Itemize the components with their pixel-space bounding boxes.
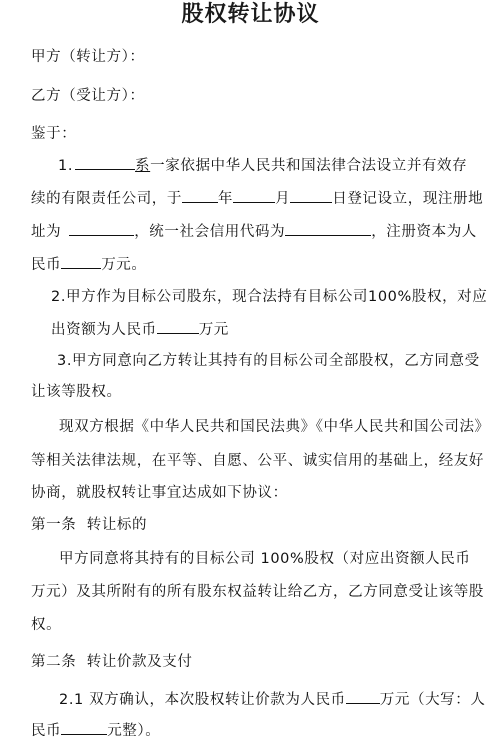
recital-1-line-1: 1.系一家依据中华人民共和国法律合法设立并有效存 <box>58 153 467 176</box>
recital-3-line-2: 让该等股权。 <box>31 382 122 402</box>
price-in-words-blank[interactable] <box>61 718 107 735</box>
agreement-document: 股权转让协议 甲方（转让方）： 乙方（受让方）： 鉴于： 1.系一家依据中华人民… <box>0 0 501 740</box>
whereas-label: 鉴于： <box>31 124 76 144</box>
day-blank[interactable] <box>290 186 332 203</box>
article-2-line-2: 民币元整）。 <box>31 718 160 740</box>
article-2-line-1: 2.1 双方确认，本次股权转让价款为人民币万元（大写：人 <box>59 687 485 710</box>
article-2-heading: 第二条 转让价款及支付 <box>31 652 192 672</box>
article-1-line-2: 万元）及其所附有的所有股东权益转让给乙方，乙方同意受让该等股 <box>31 582 484 602</box>
preamble-line-2: 等相关法律法规，在平等、自愿、公平、诚实信用的基础上，经友好 <box>31 451 484 471</box>
recital-1-line-3: 址为，统一社会信用代码为，注册资本为人 <box>31 219 477 242</box>
recital-number: 1. <box>58 158 73 174</box>
party-a-label: 甲方（转让方）： <box>31 47 145 67</box>
party-b-label: 乙方（受让方）： <box>31 86 145 106</box>
article-1-line-1: 甲方同意将其持有的目标公司 100%股权（对应出资额人民币 <box>59 549 470 569</box>
preamble-line-1: 现双方根据《中华人民共和国民法典》《中华人民共和国公司法》 <box>59 417 490 437</box>
address-blank[interactable] <box>69 219 134 236</box>
month-blank[interactable] <box>233 186 275 203</box>
company-name-blank[interactable] <box>75 153 135 170</box>
article-1-line-3: 权。 <box>31 615 61 635</box>
recital-1-line-2: 续的有限责任公司，于年月日登记设立，现注册地 <box>31 186 483 209</box>
preamble-line-3: 协商，就股权转让事宜达成如下协议： <box>31 483 288 503</box>
recital-2-line-2: 出资额为人民币万元 <box>51 317 229 340</box>
year-blank[interactable] <box>182 186 218 203</box>
credit-code-blank[interactable] <box>285 219 371 236</box>
recital-2-line-1: 2.甲方作为目标公司股东，现合法持有目标公司100%股权，对应 <box>51 287 487 307</box>
recital-1-line-4: 民币万元。 <box>31 252 147 275</box>
recital-3-line-1: 3.甲方同意向乙方转让其持有的目标公司全部股权，乙方同意受 <box>57 351 480 371</box>
article-1-heading: 第一条 转让标的 <box>31 515 147 535</box>
capital-contribution-blank[interactable] <box>157 317 199 334</box>
registered-capital-blank[interactable] <box>61 252 101 269</box>
transfer-price-blank[interactable] <box>346 687 380 704</box>
document-title: 股权转让协议 <box>0 0 501 30</box>
